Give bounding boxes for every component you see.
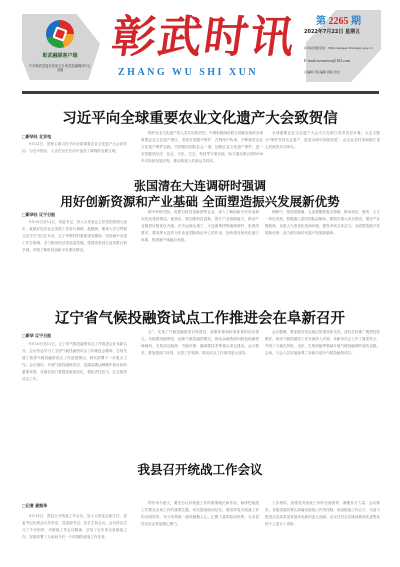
issue-number-value: 2265 — [329, 16, 349, 27]
article-paragraph: 源中科研究院、英歌石科技创新园等企业，深入了解创新平台布局和实验室建设情况。他指… — [141, 209, 259, 244]
issue-email: E-mail:zwsxnews@163.com — [304, 58, 350, 63]
article-paragraph: 调研中，张国清强调，大连要聚焦重点领域，推动科技、教育、人才一体化发展，积极融入… — [265, 209, 380, 237]
masthead-divider — [22, 91, 379, 94]
article-headline: 用好创新资源和产业基础 全面塑造振兴发展新优势 — [0, 192, 400, 210]
article-paragraph: 9月10日至11日，省委书记、省人大常委会主任张国清到大连市，就做好经济社会发展… — [22, 219, 127, 254]
article-paragraph: 9月12日，国家主席习近平向全球重要农业文化遗产大会致贺信。习近平指出，人类在历… — [22, 141, 127, 155]
article-paragraph: 9月13日，我县召开统战工作会议。县人大常委会副主任、县委书记出席会议并讲话，县… — [22, 513, 127, 541]
issue-prefix: 第 — [316, 16, 326, 27]
article-byline: □新华社 辽宁日报 — [22, 212, 55, 218]
article-byline: □记者 姜振华 — [22, 503, 47, 509]
masthead: 彰武融媒客户端 中共彰武县委宣传部主办 彰武县融媒体中心出版 彰武时讯 ZHAN… — [0, 0, 400, 92]
article-column: 9月10日至11日，辽宁省气候投融资试点工作推进会在阜新召开。会议传达学习了全国… — [22, 341, 127, 453]
issue-number: 第 2265 期 — [316, 12, 361, 27]
media-center-logo: 彰武融媒客户端 中共彰武县委宣传部主办 彰武县融媒体中心出版 — [20, 12, 100, 82]
article-headline: 习近平向全球重要农业文化遗产大会致贺信 — [0, 107, 400, 128]
digital-edition-url: 彰武时讯数字报：http://epaper.zhangwu.gov.cn — [304, 46, 373, 50]
logo-subtitle: 中共彰武县委宣传部主办 彰武县融媒体中心出版 — [28, 64, 92, 72]
article-column: 会”，实现了气候投融资项目库建设、政策体系和标准体系的初步建立。各地要因地制宜，… — [141, 329, 259, 453]
article-column: 调研中，张国清强调，大连要聚焦重点领域，推动科技、教育、人才一体化发展，积极融入… — [265, 209, 380, 297]
article-column: 9月13日，我县召开统战工作会议。县人大常委会副主任、县委书记出席会议并讲话，县… — [22, 513, 127, 563]
article-paragraph: 全球重要农业文化遗产大会当日在浙江省青田县开幕。大会主题为“保护共同农业遗产，促… — [265, 130, 380, 151]
article-paragraph: 的作用与意义，要充分认识统战工作的重要地位和作用，始终把统战工作摆在全局工作的重… — [141, 500, 259, 528]
article-column: 保护农业文化遗产是人类共同的责任。中国积极响应联合国粮农组织全球重要农业文化遗产… — [141, 130, 263, 172]
issue-info-panel: 第 2265 期 2022年7月22日 星期五 彰武时讯数字报：http://e… — [286, 10, 386, 82]
play-icon — [52, 26, 67, 41]
article-column: 会议强调，要加强对试点地区的指导和支持，及时总结推广典型经验做法，推动气候投融资… — [265, 329, 380, 453]
article-paragraph: 9月10日至11日，辽宁省气候投融资试点工作推进会在阜新召开。会议传达学习了全国… — [22, 341, 127, 383]
newspaper-title-en: ZHANG WU SHI XUN — [118, 67, 258, 78]
issue-staff: 总编辑 责任编辑 排版 校对 — [304, 70, 340, 74]
article-byline: □新华 辽宁日报 — [22, 333, 51, 339]
article-column: 全球重要农业文化遗产大会当日在浙江省青田县开幕。大会主题为“保护共同农业遗产，促… — [265, 130, 380, 165]
article-paragraph: 工作格局，加强党对统战工作的全面领导，凝聚各方力量。会议要求，各级党组织要认真落… — [265, 500, 380, 528]
article-paragraph: 保护农业文化遗产是人类共同的责任。中国积极响应联合国粮农组织全球重要农业文化遗产… — [141, 130, 263, 165]
article-paragraph: 会议强调，要加强对试点地区的指导和支持，及时总结推广典型经验做法，推动气候投融资… — [265, 329, 380, 357]
article-byline: □新华社 北京电 — [22, 134, 51, 140]
article-column: 9月10日至11日，省委书记、省人大常委会主任张国清到大连市，就做好经济社会发展… — [22, 219, 127, 297]
article-headline: 我县召开统战工作会议 — [0, 460, 400, 478]
issue-date: 2022年7月22日 星期五 — [304, 28, 360, 35]
article-column: 的作用与意义，要充分认识统战工作的重要地位和作用，始终把统战工作摆在全局工作的重… — [141, 500, 259, 556]
article-column: 9月12日，国家主席习近平向全球重要农业文化遗产大会致贺信。习近平指出，人类在历… — [22, 141, 127, 169]
media-center-logo-icon — [46, 20, 74, 48]
issue-suffix: 期 — [351, 16, 361, 27]
article-paragraph: 会”，实现了气候投融资项目库建设、政策体系和标准体系的初步建立。各地要因地制宜，… — [141, 329, 259, 357]
newspaper-title: 彰武时讯 — [109, 14, 300, 62]
article-headline: 辽宁省气候投融资试点工作推进会在阜新召开 — [0, 307, 400, 328]
logo-name: 彰武融媒客户端 — [20, 52, 100, 59]
article-column: 工作格局，加强党对统战工作的全面领导，凝聚各方力量。会议要求，各级党组织要认真落… — [265, 500, 380, 556]
article-column: 源中科研究院、英歌石科技创新园等企业，深入了解创新平台布局和实验室建设情况。他指… — [141, 209, 259, 297]
